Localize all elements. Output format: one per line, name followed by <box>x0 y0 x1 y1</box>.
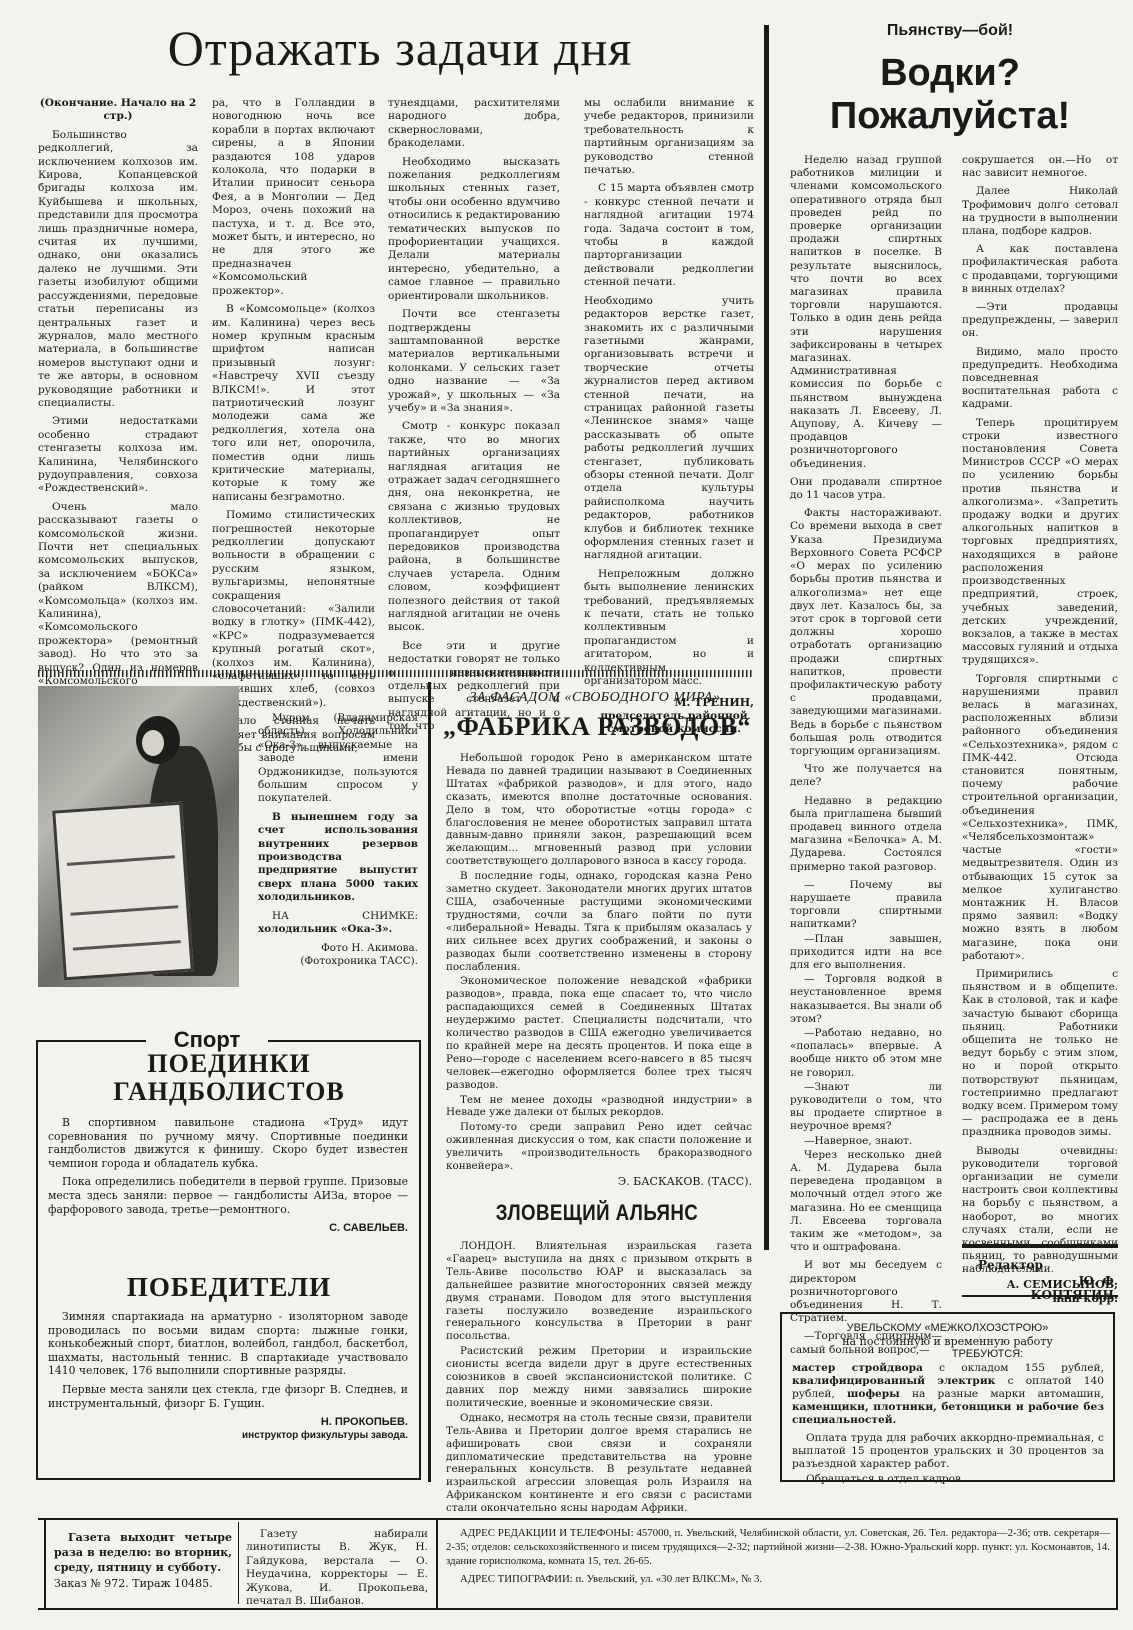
footer-rule-right <box>1116 1518 1118 1610</box>
paragraph: —Работаю недавно, но «попалась» впервые.… <box>790 1027 942 1080</box>
paragraph: Муром (Владимирская область). Холодильни… <box>258 712 418 806</box>
footer-staff: Газету набирали линотиписты В. Жук, Н. Г… <box>246 1528 428 1613</box>
job-ad-employer: УВЕЛЬСКОМУ «МЕЖКОЛХОЗСТРОЮ» <box>790 1322 1105 1335</box>
job-position-terms: на разные марки автомашин, <box>900 1388 1104 1400</box>
paragraph: Что же получается на деле? <box>790 763 942 789</box>
paragraph: Потому-то среди заправил Рено идет сейча… <box>446 1121 752 1173</box>
paragraph: Тем не менее доходы «разводной индустрии… <box>446 1094 752 1120</box>
job-ad-pay: Оплата труда для рабочих аккордно-премиа… <box>792 1432 1104 1471</box>
foreign-article-2-body: ЛОНДОН. Влиятельная израильская газета «… <box>446 1240 752 1517</box>
paragraph: Большинство редколлегий, за исключением … <box>38 129 198 411</box>
job-ad-terms: на постоянную и временную работу <box>790 1335 1105 1348</box>
paragraph: Недавно в редакцию была приглашена бывши… <box>790 795 942 874</box>
main-article-col-4: мы ослабили внимание к учебе редакторов,… <box>584 97 754 736</box>
section-divider <box>38 670 754 677</box>
editor-name: Ю. Ф. КОПТЯГИН. <box>990 1274 1118 1302</box>
right-headline: Водки? Пожалуйста! <box>775 52 1125 138</box>
paragraph: мы ослабили внимание к учебе редакторов,… <box>584 97 754 177</box>
printing-address: АДРЕС ТИПОГРАФИИ: п. Увельский, ул. «30 … <box>446 1572 1110 1586</box>
column-rule <box>428 682 431 1482</box>
paragraph: В спортивном павильоне стадиона «Труд» и… <box>48 1116 408 1170</box>
paragraph: В «Комсомольце» (колхоз им. Калинина) че… <box>212 303 375 504</box>
foreign-article-2-title: ЗЛОВЕЩИЙ АЛЬЯНС <box>462 1200 732 1226</box>
signature: С. САВЕЛЬЕВ. <box>48 1221 408 1235</box>
sport-article-2-title: ПОБЕДИТЕЛИ <box>40 1272 418 1303</box>
woman-face <box>142 730 164 756</box>
right-column-rule <box>764 25 769 1250</box>
paragraph: Торговля спиртными с нарушениями правил … <box>962 673 1118 963</box>
paragraph: Расистский режим Претории и израильские … <box>446 1345 752 1410</box>
footer-rule-mid2 <box>436 1518 438 1610</box>
sport-box-top-left <box>36 1040 146 1042</box>
title-line: ПОЕДИНКИ <box>40 1050 418 1078</box>
refrigerator <box>52 802 194 981</box>
paragraph: Пока определились победители в первой гр… <box>48 1175 408 1216</box>
paragraph: Неделю назад группой работников милиции … <box>790 154 942 471</box>
paragraph: — Почему вы нарушаете правила торговли с… <box>790 879 942 932</box>
paragraph: —Эти продавцы предупреждены, — заверил о… <box>962 301 1118 341</box>
paragraph: —План завышен, приходится идти на все дл… <box>790 933 942 973</box>
paragraph: Экономическое положение невадской «фабри… <box>446 975 752 1091</box>
signature: Э. БАСКАКОВ. (ТАСС). <box>446 1175 752 1189</box>
paragraph: Необходимо учить редакторов верстке газе… <box>584 295 754 563</box>
sport-article-1-body: В спортивном павильоне стадиона «Труд» и… <box>48 1116 408 1235</box>
right-rubric: Пьянству—бой! <box>775 22 1125 40</box>
caption-label: НА СНИМКЕ: <box>272 910 418 922</box>
signature-name: Н. ПРОКОПЬЕВ. <box>48 1415 408 1429</box>
photo-credit: Фото Н. Акимова. <box>258 942 418 955</box>
title-line: Пожалуйста! <box>775 95 1125 138</box>
paragraph: Примирились с пьянством и в общепите. Ка… <box>962 968 1118 1140</box>
editor-rule-bottom <box>962 1295 1118 1297</box>
job-position-name: шоферы <box>847 1388 900 1400</box>
paragraph: Почти все стенгазеты подтверждены заштам… <box>388 308 560 415</box>
production-staff: Газету набирали линотиписты В. Жук, Н. Г… <box>246 1528 428 1608</box>
job-position-name: каменщики, плотники, бетонщики и рабочие… <box>792 1401 1104 1426</box>
foreign-article-1-title: „ФАБРИКА РАЗВОДОВ“ <box>438 712 756 742</box>
paragraph: Зимняя спартакиада на арматурно - изолят… <box>48 1310 408 1378</box>
editor-rule-top <box>962 1244 1118 1248</box>
paragraph: Смотр - конкурс показал также, что во мн… <box>388 420 560 635</box>
job-ad-contact: Обращаться в отдел кадров. <box>792 1473 1104 1486</box>
footer-schedule: Газета выходит четыре раза в неделю: во … <box>54 1530 232 1596</box>
footer-rule-mid1 <box>238 1522 239 1604</box>
paragraph: Необходимо высказать пожелания редколлег… <box>388 156 560 303</box>
sport-box-top-right <box>268 1040 421 1042</box>
paragraph: Видимо, мало просто предупредить. Необхо… <box>962 346 1118 412</box>
paragraph: тунеядцами, расхитителями народного добр… <box>388 97 560 151</box>
paragraph: —Знают ли руководители о том, что вы про… <box>790 1081 942 1134</box>
publication-schedule: Газета выходит четыре раза в неделю: во … <box>54 1530 232 1575</box>
job-ad-required: ТРЕБУЮТСЯ: <box>790 1348 1105 1361</box>
signature-title: инструктор физкультуры завода. <box>48 1429 408 1443</box>
footer-addresses: АДРЕС РЕДАКЦИИ И ТЕЛЕФОНЫ: 457000, п. Ув… <box>446 1526 1110 1591</box>
continuation-note: (Окончание. Начало на 2 стр.) <box>38 97 198 124</box>
job-ad-positions: мастер стройдвора с окладом 155 рублей, … <box>792 1362 1104 1427</box>
paragraph: С 15 марта объявлен смотр - конкурс стен… <box>584 182 754 289</box>
paragraph: В нынешнем году за счет использования вн… <box>258 811 418 905</box>
print-order: Заказ № 972. Тираж 10485. <box>54 1576 232 1591</box>
job-ad-header: УВЕЛЬСКОМУ «МЕЖКОЛХОЗСТРОЮ» на постоянну… <box>790 1322 1105 1361</box>
job-position-terms: с окладом 155 рублей, <box>923 1362 1104 1374</box>
paragraph: Они продавали спиртное до 11 часов утра. <box>790 476 942 502</box>
paragraph: Далее Николай Трофимович долго сетовал н… <box>962 185 1118 238</box>
photo-caption-block: Муром (Владимирская область). Холодильни… <box>258 712 418 968</box>
main-headline: Отражать задачи дня <box>80 18 720 78</box>
main-article-col-3: тунеядцами, расхитителями народного добр… <box>388 97 560 739</box>
editor-label: Редактор <box>978 1258 1043 1272</box>
refrigerator-photo <box>38 686 239 987</box>
paragraph: Факты настораживают. Со времени выхода в… <box>790 507 942 758</box>
paragraph: Первые места заняли цех стекла, где физо… <box>48 1383 408 1410</box>
editorial-address: АДРЕС РЕДАКЦИИ И ТЕЛЕФОНЫ: 457000, п. Ув… <box>446 1526 1110 1568</box>
paragraph: Выводы очевидны: руководители торговой о… <box>962 1145 1118 1277</box>
paragraph: Помимо стилистических погрешностей некот… <box>212 509 375 710</box>
paragraph: А как поставлена профилактическая работа… <box>962 243 1118 296</box>
paragraph: — Торговля водкой в неустановленное врем… <box>790 973 942 1026</box>
main-article-col-2: ра, что в Голландии в новогоднюю ночь вс… <box>212 97 375 761</box>
paragraph: ЛОНДОН. Влиятельная израильская газета «… <box>446 1240 752 1343</box>
footer-rule-top <box>38 1518 1118 1520</box>
paragraph: Этими недостатками особенно страдают сте… <box>38 415 198 495</box>
paragraph: В последние годы, однако, городская казн… <box>446 870 752 973</box>
right-article-col-1: Неделю назад группой работников милиции … <box>790 154 942 1362</box>
paragraph: ра, что в Голландии в новогоднюю ночь вс… <box>212 97 375 298</box>
sport-article-1-title: ПОЕДИНКИ ГАНДБОЛИСТОВ <box>40 1050 418 1106</box>
foreign-rubric: ЗА ФАСАДОМ «СВОБОДНОГО МИРА». <box>438 690 756 706</box>
job-ad-body: мастер стройдвора с окладом 155 рублей, … <box>792 1362 1104 1491</box>
paragraph: Через несколько дней А. М. Дударева была… <box>790 1149 942 1255</box>
title-line: Водки? <box>775 52 1125 95</box>
job-position-name: мастер стройдвора <box>792 1362 923 1374</box>
job-position-name: квалифицированный электрик <box>792 1375 995 1387</box>
paragraph: Однако, несмотря на столь тесные связи, … <box>446 1412 752 1515</box>
caption-text: холодильник «Ока-3». <box>258 923 392 935</box>
paragraph: Небольшой городок Рено в американском шт… <box>446 752 752 868</box>
paragraph: сокрушается он.—Но от нас зависит немног… <box>962 154 1118 180</box>
footer-rule-left <box>44 1518 46 1610</box>
title-line: ГАНДБОЛИСТОВ <box>40 1078 418 1106</box>
right-article-col-2: сокрушается он.—Но от нас зависит немног… <box>962 154 1118 1306</box>
paragraph: Теперь процитируем строки известного пос… <box>962 417 1118 668</box>
paragraph: —Наверное, знают. <box>790 1135 942 1148</box>
footer-rule-bottom <box>38 1608 1118 1610</box>
sport-article-2-body: Зимняя спартакиада на арматурно - изолят… <box>48 1310 408 1443</box>
foreign-article-1-body: Небольшой городок Рено в американском шт… <box>446 752 752 1189</box>
photo-agency: (Фотохроника ТАСС). <box>258 955 418 968</box>
